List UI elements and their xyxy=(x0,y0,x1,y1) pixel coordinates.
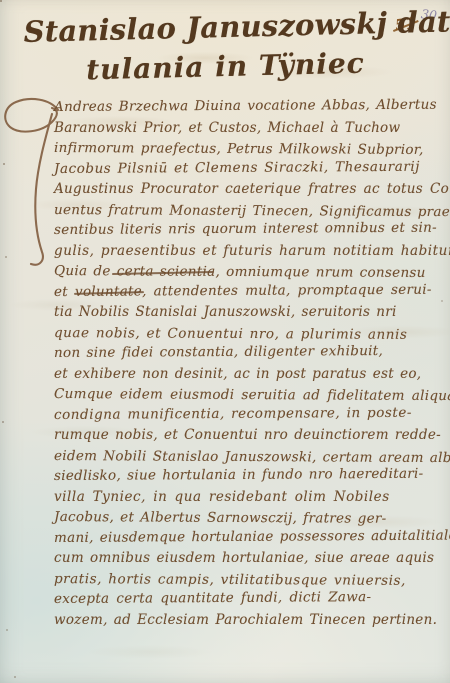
manuscript-line: et voluntate, attendentes multa, prompta… xyxy=(54,279,444,302)
manuscript-line: villa Tyniec, in qua residebant olim Nob… xyxy=(54,487,444,508)
manuscript-line: non sine fidei constantia, diligenter ex… xyxy=(54,341,444,364)
manuscript-line: rumque nobis, et Conuentui nro deuinctio… xyxy=(54,425,444,446)
manuscript-line: et exhibere non desinit, ac in post para… xyxy=(54,364,444,385)
manuscript-line: Andreas Brzechwa Diuina vocatione Abbas,… xyxy=(54,95,444,118)
manuscript-line: Jacobus Pilsniū et Clemens Siraczki, The… xyxy=(54,156,444,179)
document-title: Stanislao Januszowskj data hor’ tulania … xyxy=(0,1,450,92)
manuscript-line: siedlisko, siue hortulania in fundo nro … xyxy=(54,464,444,487)
manuscript-line: Baranowski Prior, et Custos, Michael à T… xyxy=(54,118,444,139)
manuscript-line: cum omnibus eiusdem hortulaniae, siue ar… xyxy=(54,548,444,569)
manuscript-line: sentibus literis nris quorum interest om… xyxy=(54,218,444,241)
manuscript-line: excepta certa quantitate fundi, dicti Za… xyxy=(54,587,444,610)
manuscript-body: Andreas Brzechwa Diuina vocatione Abbas,… xyxy=(0,97,450,683)
manuscript-line: gulis, praesentibus et futuris harum not… xyxy=(54,241,444,262)
manuscript-page: 51 30 Stanislao Januszowskj data hor’ tu… xyxy=(0,0,450,683)
manuscript-line: Augustinus Procurator caeterique fratres… xyxy=(54,179,444,200)
manuscript-line: wozem, ad Ecclesiam Parochialem Tinecen … xyxy=(54,610,444,631)
manuscript-line: tia Nobilis Stanislai Januszowski, serui… xyxy=(54,302,444,323)
manuscript-line: mani, eiusdemque hortulaniae possessores… xyxy=(54,525,444,548)
manuscript-line: condigna munificentia, recompensare, in … xyxy=(54,402,444,425)
